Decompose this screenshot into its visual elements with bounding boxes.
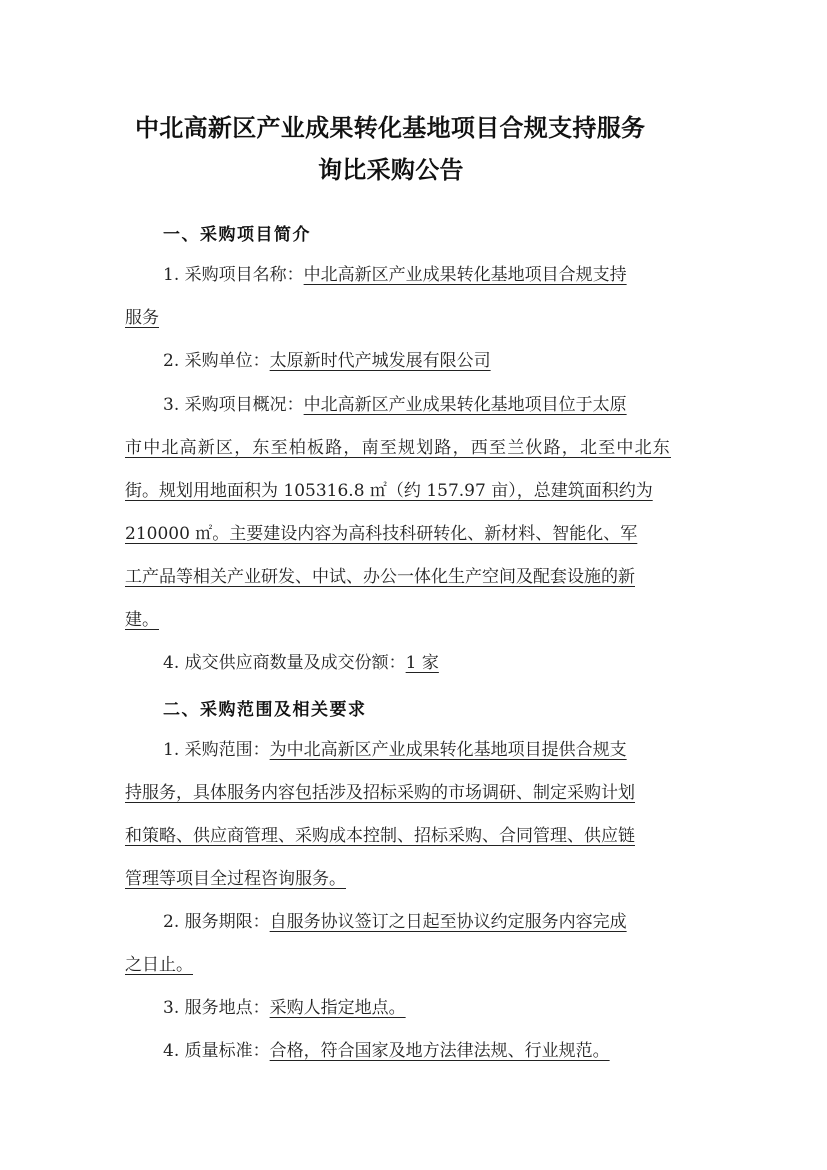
item-value: 采购人指定地点。 xyxy=(270,998,406,1018)
section-heading-1: 一、采购项目简介 xyxy=(163,220,311,245)
item-1-3-line-1: 3. 采购项目概况：中北高新区产业成果转化基地项目位于太原 xyxy=(163,394,627,416)
item-1-3-line-2: 市中北高新区，东至柏板路，南至规划路，西至兰伙路，北至中北东 xyxy=(125,437,700,459)
item-value: 太原新时代产城发展有限公司 xyxy=(270,351,491,371)
item-2-1-line-2: 持服务，具体服务内容包括涉及招标采购的市场调研、制定采购计划 xyxy=(125,782,635,804)
item-label: 3. 服务地点： xyxy=(163,998,270,1018)
item-value: 1 家 xyxy=(406,653,439,673)
item-2-1-line-3: 和策略、供应商管理、采购成本控制、招标采购、合同管理、供应链 xyxy=(125,825,635,847)
item-1-3-line-6: 建。 xyxy=(125,609,159,631)
document-title-line-1: 中北高新区产业成果转化基地项目合规支持服务 xyxy=(135,108,645,143)
item-label: 1. 采购范围： xyxy=(163,740,270,760)
item-value: 合格，符合国家及地方法律法规、行业规范。 xyxy=(270,1041,610,1061)
item-label: 2. 采购单位： xyxy=(163,351,270,371)
item-2-1-line-1: 1. 采购范围：为中北高新区产业成果转化基地项目提供合规支 xyxy=(163,739,627,761)
section-heading-2: 二、采购范围及相关要求 xyxy=(163,695,367,720)
item-value: 为中北高新区产业成果转化基地项目提供合规支 xyxy=(270,740,627,760)
item-1-3-line-5: 工产品等相关产业研发、中试、办公一体化生产空间及配套设施的新 xyxy=(125,566,635,588)
item-2-2-line-2: 之日止。 xyxy=(125,954,193,976)
item-2-2-line-1: 2. 服务期限：自服务协议签订之日起至协议约定服务内容完成 xyxy=(163,911,627,933)
item-1-3-line-4: 210000 ㎡。主要建设内容为高科技科研转化、新材料、智能化、军 xyxy=(125,523,637,545)
item-1-1-line-2: 服务 xyxy=(125,307,159,329)
item-1-4: 4. 成交供应商数量及成交份额：1 家 xyxy=(163,652,439,674)
item-1-3-line-3: 街。规划用地面积为 105316.8 ㎡（约 157.97 亩），总建筑面积约为 xyxy=(125,480,653,502)
item-label: 4. 质量标准： xyxy=(163,1041,270,1061)
item-2-4: 4. 质量标准：合格，符合国家及地方法律法规、行业规范。 xyxy=(163,1040,610,1062)
item-label: 1. 采购项目名称： xyxy=(163,265,304,285)
item-value: 自服务协议签订之日起至协议约定服务内容完成 xyxy=(270,912,627,932)
item-1-1-line-1: 1. 采购项目名称：中北高新区产业成果转化基地项目合规支持 xyxy=(163,264,627,286)
item-label: 2. 服务期限： xyxy=(163,912,270,932)
item-1-2: 2. 采购单位：太原新时代产城发展有限公司 xyxy=(163,350,491,372)
document-title-line-2: 询比采购公告 xyxy=(318,150,464,185)
item-label: 4. 成交供应商数量及成交份额： xyxy=(163,653,406,673)
item-value: 中北高新区产业成果转化基地项目合规支持 xyxy=(304,265,627,285)
item-2-1-line-4: 管理等项目全过程咨询服务。 xyxy=(125,868,346,890)
item-label: 3. 采购项目概况： xyxy=(163,395,304,415)
item-value: 中北高新区产业成果转化基地项目位于太原 xyxy=(304,395,627,415)
item-2-3: 3. 服务地点：采购人指定地点。 xyxy=(163,997,406,1019)
